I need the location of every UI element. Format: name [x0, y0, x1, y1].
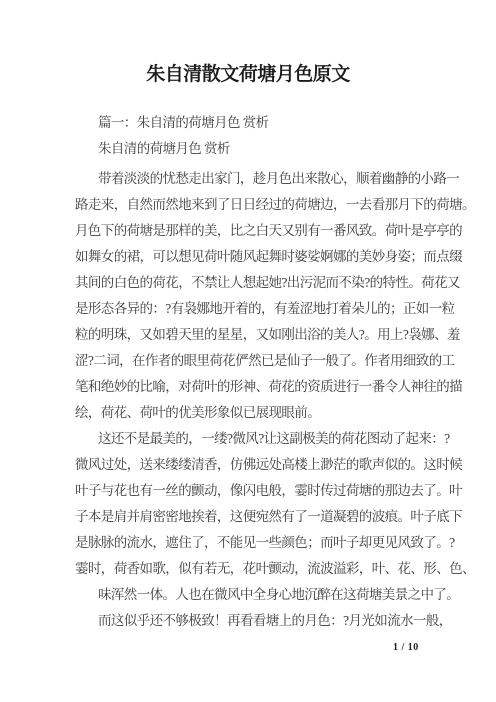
page-number: 1 / 10 — [393, 642, 419, 653]
body-line: 粒的明珠，又如碧天里的星星，又如刚出浴的美人?。用上?袅娜、羞 — [75, 322, 447, 348]
document-page: 朱自清散文荷塘月色原文 篇一：朱自清的荷塘月色 赏析 朱自清的荷塘月色 赏析 带… — [0, 0, 496, 702]
section-heading: 篇一：朱自清的荷塘月色 赏析 朱自清的荷塘月色 赏析 — [75, 110, 447, 162]
document-body: 篇一：朱自清的荷塘月色 赏析 朱自清的荷塘月色 赏析 带着淡淡的忧愁走出家门，趁… — [75, 110, 447, 634]
body-line: 是形态各异的：?有袅娜地开着的，有羞涩地打着朵儿的；正如一粒 — [75, 296, 447, 322]
body-line: 微风过处，送来缕缕清香，仿佛远处高楼上渺茫的歌声似的。这时候 — [75, 452, 447, 478]
page-title: 朱自清散文荷塘月色原文 — [0, 59, 496, 86]
body-line: 其间的白色的荷花，不禁让人想起她?出污泥而不染?的特性。荷花又 — [75, 270, 447, 296]
body-line: 这还不是最美的，一缕?微风?让这副极美的荷花图动了起来：? — [75, 426, 447, 452]
section-heading-line: 朱自清的荷塘月色 赏析 — [75, 136, 447, 162]
body-line: 如舞女的裙，可以想见荷叶随风起舞时婆娑婀娜的美妙身姿；而点缀 — [75, 244, 447, 270]
body-line: 而这似乎还不够极致！再看看塘上的月色：?月光如流水一般， — [75, 608, 447, 634]
body-paragraph-lines: 带着淡淡的忧愁走出家门，趁月色出来散心，顺着幽静的小路一 路走来，自然而然地来到… — [75, 166, 447, 634]
body-line: 绘，荷花、荷叶的优美形象似已展现眼前。 — [75, 400, 447, 426]
body-line: 霎时，荷香如歌，似有若无，花叶颤动，流波溢彩，叶、花、形、色、 — [75, 556, 447, 582]
body-line: 子本是肩并肩密密地挨着，这便宛然有了一道凝碧的波痕。叶子底下 — [75, 504, 447, 530]
body-line: 笔和绝妙的比喻，对荷叶的形神、荷花的资质进行一番令人神往的描 — [75, 374, 447, 400]
body-line: 叶子与花也有一丝的颤动，像闪电般，霎时传过荷塘的那边去了。叶 — [75, 478, 447, 504]
body-line: 味浑然一体。人也在微风中全身心地沉醉在这荷塘美景之中了。 — [75, 582, 447, 608]
body-line: 是脉脉的流水，遮住了，不能见一些颜色；而叶子却更见风致了。? — [75, 530, 447, 556]
body-line: 月色下的荷塘是那样的美，比之白天又别有一番风致。荷叶是亭亭的 — [75, 218, 447, 244]
body-line: 路走来，自然而然地来到了日日经过的荷塘边，一去看那月下的荷塘。 — [75, 192, 447, 218]
body-line: 涩?二词，在作者的眼里荷花俨然已是仙子一般了。作者用细致的工 — [75, 348, 447, 374]
body-line: 带着淡淡的忧愁走出家门，趁月色出来散心，顺着幽静的小路一 — [75, 166, 447, 192]
section-heading-line: 篇一：朱自清的荷塘月色 赏析 — [75, 110, 447, 136]
